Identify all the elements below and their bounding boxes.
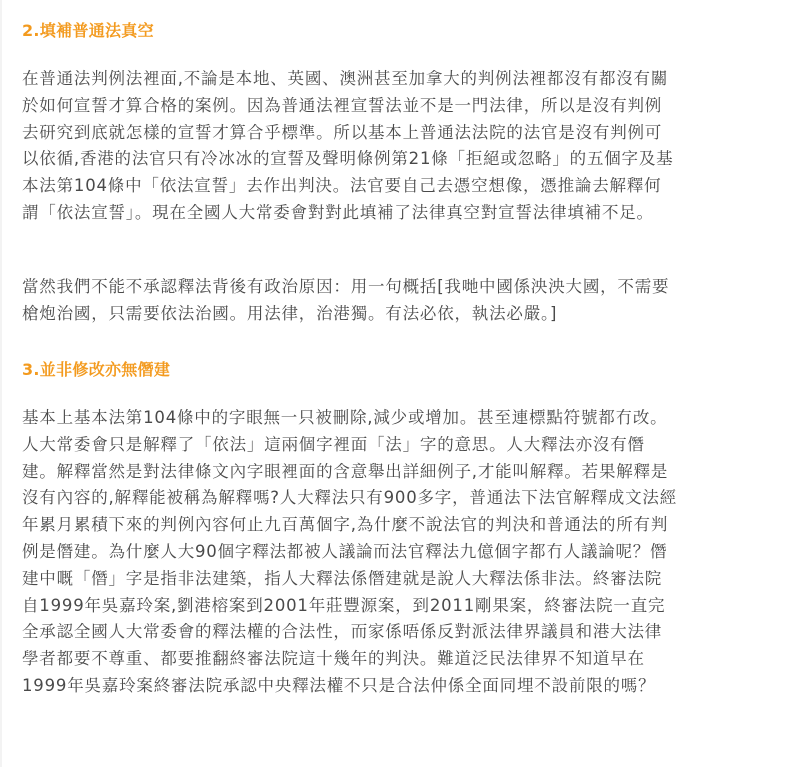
text-line: 去研究到底就怎樣的宣誓才算合乎標準。所以基本上普通法法院的法官是沒有判例可 — [22, 120, 673, 147]
paragraph-common-law-oath: 在普通法判例法裡面,不論是本地、英國、澳洲甚至加拿大的判例法裡都沒有都沒有關 於… — [22, 66, 673, 227]
text-line: 於如何宣誓才算合格的案例。因為普通法裡宣誓法並不是一門法律，所以是沒有判例 — [22, 93, 673, 120]
text-line: 在普通法判例法裡面,不論是本地、英國、澳洲甚至加拿大的判例法裡都沒有都沒有關 — [22, 66, 673, 93]
paragraph-political-reason: 當然我們不能不承認釋法背後有政治原因：用一句概括[我哋中國係泱泱大國，不需要 槍… — [22, 274, 669, 328]
text-line: 自1999年吳嘉玲案,劉港榕案到2001年莊豐源案，到2011剛果案，終審法院一… — [22, 593, 677, 620]
text-line: 學者都要不尊重、都要推翻終審法院這十幾年的判決。難道泛民法律界不知道早在 — [22, 646, 677, 673]
section-heading-fill-common-law-vacuum: 2.填補普通法真空 — [22, 17, 154, 45]
text-line: 年累月累積下來的判例內容何止九百萬個字,為什麼不說法官的判決和普通法的所有判 — [22, 512, 677, 539]
text-line: 建。解釋當然是對法律條文內字眼裡面的含意舉出詳細例子,才能叫解釋。若果解釋是 — [22, 459, 677, 486]
text-line: 基本上基本法第104條中的字眼無一只被刪除,減少或增加。甚至連標點符號都冇改。 — [22, 405, 677, 432]
text-line: 全承認全國人大常委會的釋法權的合法性，而家係唔係反對派法律界議員和港大法律 — [22, 619, 677, 646]
paragraph-basic-law-104: 基本上基本法第104條中的字眼無一只被刪除,減少或增加。甚至連標點符號都冇改。 … — [22, 405, 677, 700]
text-line: 1999年吳嘉玲案終審法院承認中央釋法權不只是合法仲係全面同埋不設前限的嗎？ — [22, 673, 677, 700]
text-line: 以依循,香港的法官只有冷冰冰的宣誓及聲明條例第21條「拒絕或忽略」的五個字及基 — [22, 146, 673, 173]
text-line: 人大常委會只是解釋了「依法」這兩個字裡面「法」字的意思。人大釋法亦沒有僭 — [22, 432, 677, 459]
section-heading-not-amendment: 3.並非修改亦無僭建 — [22, 356, 170, 384]
text-line: 例是僭建。為什麼人大90個字釋法都被人議論而法官釋法九億個字都冇人議論呢？僭 — [22, 539, 677, 566]
text-line: 當然我們不能不承認釋法背後有政治原因：用一句概括[我哋中國係泱泱大國，不需要 — [22, 274, 669, 301]
text-line: 沒有內容的,解釋能被稱為解釋嗎?人大釋法只有900多字，普通法下法官解釋成文法經 — [22, 485, 677, 512]
text-line: 本法第104條中「依法宣誓」去作出判決。法官要自己去憑空想像，憑推論去解釋何 — [22, 173, 673, 200]
text-line: 建中嘅「僭」字是指非法建築，指人大釋法係僭建就是說人大釋法係非法。終審法院 — [22, 566, 677, 593]
article-page: 2.填補普通法真空 在普通法判例法裡面,不論是本地、英國、澳洲甚至加拿大的判例法… — [0, 0, 800, 767]
text-line: 謂「依法宣誓」。現在全國人大常委會對對此填補了法律真空對宣誓法律填補不足。 — [22, 200, 673, 227]
text-line: 槍炮治國，只需要依法治國。用法律，治港獨。有法必依，執法必嚴。] — [22, 301, 669, 328]
